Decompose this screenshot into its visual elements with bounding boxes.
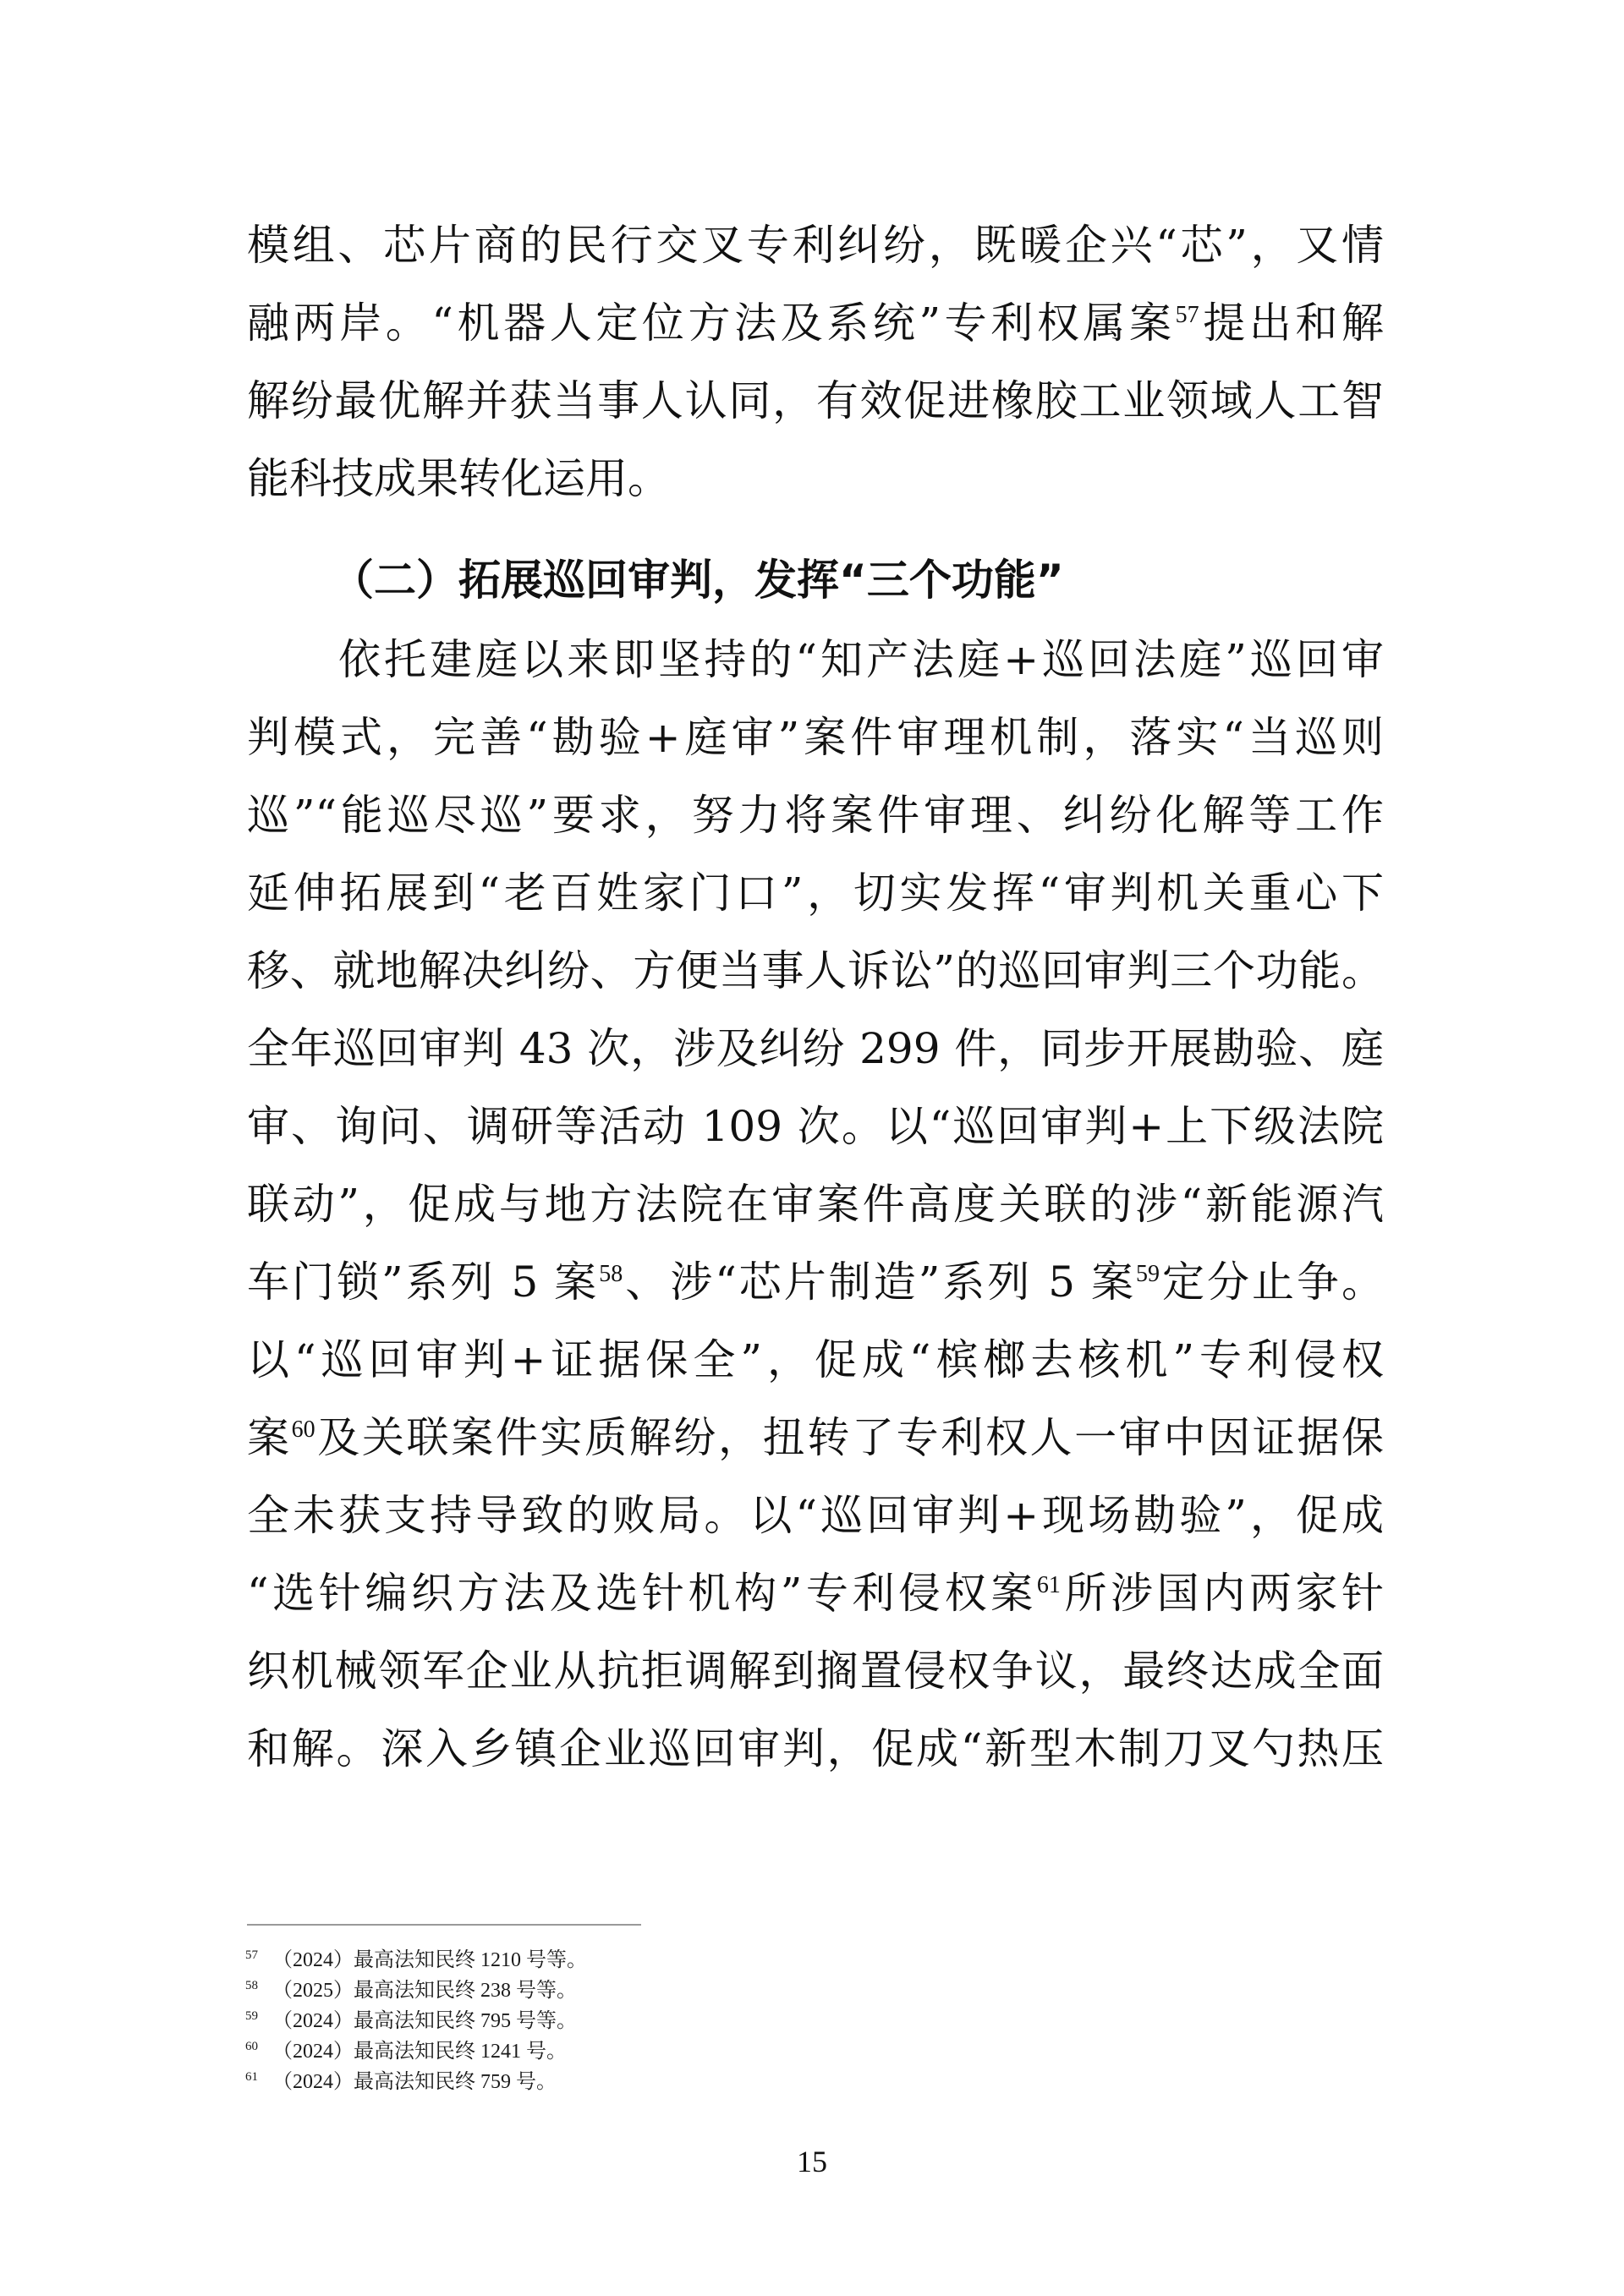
footnote-number: 59 xyxy=(245,2001,272,2031)
footnote-item: 60（2024）最高法知民终 1241 号。 xyxy=(245,2036,1007,2067)
footnote-number: 61 xyxy=(245,2062,272,2092)
text-span: 提出和解 xyxy=(1199,299,1384,348)
text-line: 案60及关联案件实质解纷，扭转了专利权人一审中因证据保 xyxy=(247,1404,1384,1471)
text-span: 依托建庭以来即坚持的“知产法庭+巡回法庭”巡回审 xyxy=(338,635,1384,684)
footnote-item: 58（2025）最高法知民终 238 号等。 xyxy=(245,1975,1007,2006)
text-span: 、涉“芯片制造”系列 5 案 xyxy=(623,1258,1136,1307)
footnotes: 57（2024）最高法知民终 1210 号等。58（2025）最高法知民终 23… xyxy=(245,1945,1007,2097)
footnote-item: 59（2024）最高法知民终 795 号等。 xyxy=(245,2006,1007,2036)
text-span: 案 xyxy=(247,1413,292,1462)
footnote-number: 58 xyxy=(245,1970,272,2001)
text-span: 能科技成果转化运用。 xyxy=(247,454,670,503)
text-line: 和解。深入乡镇企业巡回审判，促成“新型木制刀叉勺热压 xyxy=(247,1715,1384,1783)
text-span: 及关联案件实质解纷，扭转了专利权人一审中因证据保 xyxy=(315,1413,1384,1462)
footnote-text: （2024）最高法知民终 1241 号。 xyxy=(272,2041,567,2063)
text-line: 联动”，促成与地方法院在审案件高度关联的涉“新能源汽 xyxy=(247,1170,1384,1238)
text-span: 模组、芯片商的民行交叉专利纠纷，既暖企兴“芯”，又情 xyxy=(247,221,1384,270)
text-line: 全年巡回审判 43 次，涉及纠纷 299 件，同步开展勘验、庭 xyxy=(247,1015,1384,1082)
footnote-separator xyxy=(247,1924,641,1926)
text-span: 车门锁”系列 5 案 xyxy=(247,1258,599,1307)
text-span: 织机械领军企业从抗拒调解到搁置侵权争议，最终达成全面 xyxy=(247,1647,1384,1696)
footnote-ref[interactable]: 57 xyxy=(1176,302,1199,328)
text-line: 延伸拓展到“老百姓家门口”，切实发挥“审判机关重心下 xyxy=(247,859,1384,927)
footnote-ref[interactable]: 59 xyxy=(1136,1261,1160,1287)
footnote-text: （2024）最高法知民终 795 号等。 xyxy=(272,2010,577,2032)
footnote-ref[interactable]: 60 xyxy=(292,1417,315,1443)
text-span: 以“巡回审判+证据保全”，促成“槟榔去核机”专利侵权 xyxy=(247,1335,1384,1384)
footnote-item: 57（2024）最高法知民终 1210 号等。 xyxy=(245,1945,1007,1975)
text-span: 联动”，促成与地方法院在审案件高度关联的涉“新能源汽 xyxy=(247,1180,1384,1229)
text-span: 移、就地解决纠纷、方便当事人诉讼”的巡回审判三个功能。 xyxy=(247,946,1384,995)
text-span: 全未获支持导致的败局。以“巡回审判+现场勘验”，促成 xyxy=(247,1491,1384,1540)
text-span: 所涉国内两家针 xyxy=(1061,1569,1384,1618)
text-span: 解纷最优解并获当事人认同，有效促进橡胶工业领域人工智 xyxy=(247,376,1384,425)
text-line: 全未获支持导致的败局。以“巡回审判+现场勘验”，促成 xyxy=(247,1482,1384,1549)
text-line: 以“巡回审判+证据保全”，促成“槟榔去核机”专利侵权 xyxy=(247,1326,1384,1394)
footnote-text: （2025）最高法知民终 238 号等。 xyxy=(272,1980,577,2002)
text-span: 审、询问、调研等活动 109 次。以“巡回审判+上下级法院 xyxy=(247,1102,1384,1151)
footnote-ref[interactable]: 61 xyxy=(1037,1572,1061,1598)
text-span: 延伸拓展到“老百姓家门口”，切实发挥“审判机关重心下 xyxy=(247,869,1384,918)
text-span: 全年巡回审判 43 次，涉及纠纷 299 件，同步开展勘验、庭 xyxy=(247,1024,1384,1073)
text-line: 解纷最优解并获当事人认同，有效促进橡胶工业领域人工智 xyxy=(247,367,1384,435)
document-page: 模组、芯片商的民行交叉专利纠纷，既暖企兴“芯”，又情融两岸。“机器人定位方法及系… xyxy=(0,0,1624,2296)
text-line: 织机械领军企业从抗拒调解到搁置侵权争议，最终达成全面 xyxy=(247,1637,1384,1705)
text-line: 能科技成果转化运用。 xyxy=(247,445,1384,512)
text-span: 判模式，完善“勘验+庭审”案件审理机制，落实“当巡则 xyxy=(247,713,1384,762)
text-span: 定分止争。 xyxy=(1160,1258,1384,1307)
text-line: 模组、芯片商的民行交叉专利纠纷，既暖企兴“芯”，又情 xyxy=(247,211,1384,279)
footnote-item: 61（2024）最高法知民终 759 号。 xyxy=(245,2067,1007,2097)
text-line: “选针编织方法及选针机构”专利侵权案61所涉国内两家针 xyxy=(247,1559,1384,1627)
text-span: 和解。深入乡镇企业巡回审判，促成“新型木制刀叉勺热压 xyxy=(247,1724,1384,1773)
text-line: 审、询问、调研等活动 109 次。以“巡回审判+上下级法院 xyxy=(247,1093,1384,1160)
footnote-number: 60 xyxy=(245,2031,272,2062)
footnote-number: 57 xyxy=(245,1940,272,1970)
text-line: 融两岸。“机器人定位方法及系统”专利权属案57提出和解 xyxy=(247,289,1384,357)
footnote-text: （2024）最高法知民终 759 号。 xyxy=(272,2071,557,2093)
text-line: 判模式，完善“勘验+庭审”案件审理机制，落实“当巡则 xyxy=(247,704,1384,771)
text-line: 移、就地解决纠纷、方便当事人诉讼”的巡回审判三个功能。 xyxy=(247,937,1384,1005)
text-line: 依托建庭以来即坚持的“知产法庭+巡回法庭”巡回审 xyxy=(247,626,1384,693)
text-line: 巡”“能巡尽巡”要求，努力将案件审理、纠纷化解等工作 xyxy=(247,781,1384,849)
footnote-text: （2024）最高法知民终 1210 号等。 xyxy=(272,1949,587,1971)
text-span: 巡”“能巡尽巡”要求，努力将案件审理、纠纷化解等工作 xyxy=(247,791,1384,840)
section-heading: （二）拓展巡回审判，发挥“三个功能” xyxy=(247,546,1384,614)
footnote-ref[interactable]: 58 xyxy=(599,1261,623,1287)
text-line: 车门锁”系列 5 案58、涉“芯片制造”系列 5 案59定分止争。 xyxy=(247,1248,1384,1316)
text-span: 融两岸。“机器人定位方法及系统”专利权属案 xyxy=(247,299,1176,348)
text-span: “选针编织方法及选针机构”专利侵权案 xyxy=(247,1569,1037,1618)
page-number: 15 xyxy=(0,2144,1624,2179)
